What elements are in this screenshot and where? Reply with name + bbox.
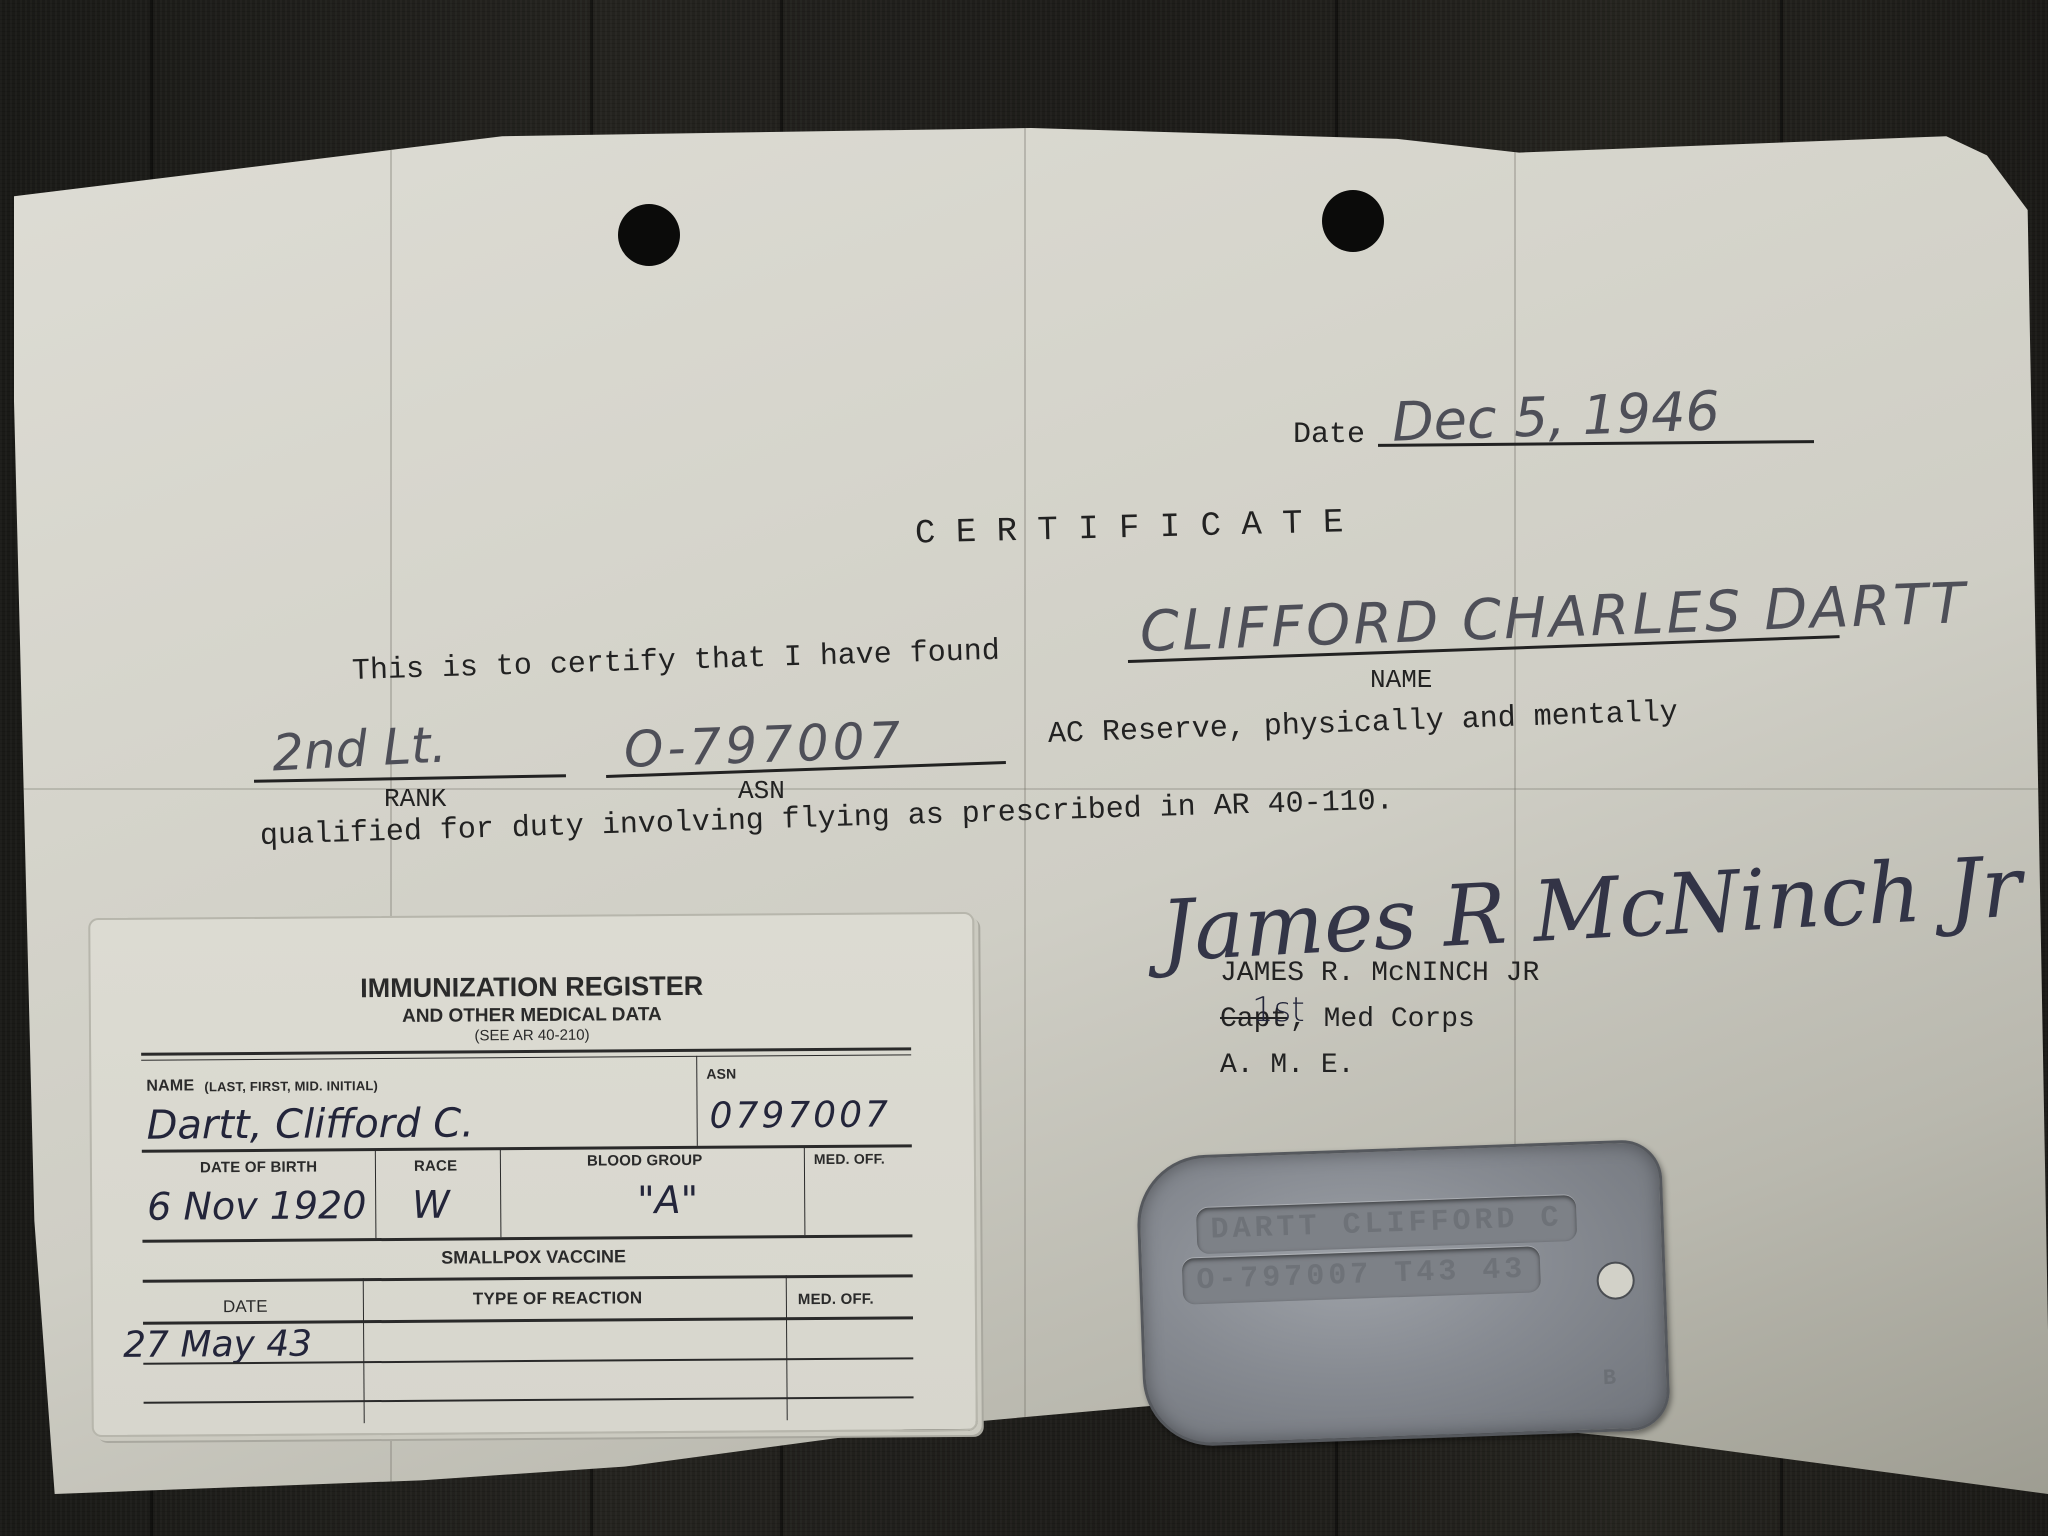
- card-divider: [500, 1149, 502, 1237]
- card-rule: [141, 1054, 911, 1060]
- card-asn-value: 0797007: [709, 1095, 891, 1137]
- smallpox-row-date: 27 May 43: [123, 1324, 312, 1366]
- fold-crease: [14, 788, 2048, 790]
- punch-hole: [1322, 190, 1384, 252]
- dog-tag-line-2: O-797007 T43 43: [1182, 1246, 1541, 1304]
- card-divider: [375, 1150, 377, 1238]
- blood-group-label: BLOOD GROUP: [587, 1152, 703, 1170]
- immunization-register-card: IMMUNIZATION REGISTER AND OTHER MEDICAL …: [88, 912, 978, 1437]
- name-label: NAME: [146, 1077, 194, 1095]
- signer-unit: , Med Corps: [1290, 1004, 1475, 1035]
- punch-hole: [618, 204, 680, 266]
- smallpox-section-title: SMALLPOX VACCINE: [93, 1244, 975, 1271]
- signer-name: JAMES R. McNINCH JR: [1220, 958, 1539, 989]
- card-name-value: Dartt, Clifford C.: [146, 1100, 474, 1148]
- dob-label: DATE OF BIRTH: [200, 1159, 317, 1177]
- dog-tag-corner-mark: B: [1602, 1366, 1616, 1391]
- card-title: IMMUNIZATION REGISTER: [91, 969, 973, 1006]
- date-label: Date: [1293, 418, 1365, 452]
- signer-title: A. M. E.: [1220, 1050, 1354, 1081]
- dog-tag: DARTT CLIFFORD C O-797007 T43 43 B: [1135, 1139, 1671, 1448]
- card-rule: [143, 1274, 913, 1282]
- name-label-hint: (LAST, FIRST, MID. INITIAL): [204, 1078, 378, 1094]
- card-divider: [804, 1147, 806, 1235]
- smallpox-date-header: DATE: [223, 1297, 268, 1317]
- dog-tag-line-1: DARTT CLIFFORD C: [1196, 1195, 1577, 1254]
- card-divider: [696, 1056, 698, 1146]
- dob-value: 6 Nov 1920: [147, 1183, 367, 1229]
- blood-group-value: "A": [637, 1178, 698, 1222]
- dog-tag-chain-hole: [1596, 1261, 1635, 1300]
- rank-caption: RANK: [384, 784, 446, 814]
- card-rule: [144, 1396, 914, 1403]
- race-label: RACE: [414, 1158, 457, 1175]
- race-value: W: [412, 1183, 450, 1227]
- smallpox-med-off-header: MED. OFF.: [798, 1291, 874, 1309]
- rank-value: 2nd Lt.: [271, 715, 448, 782]
- card-asn-label: ASN: [706, 1066, 736, 1082]
- smallpox-reaction-header: TYPE OF REACTION: [473, 1288, 643, 1309]
- med-off-label: MED. OFF.: [814, 1151, 885, 1167]
- asn-caption: ASN: [738, 776, 785, 806]
- card-rule: [142, 1234, 912, 1242]
- name-caption: NAME: [1370, 665, 1432, 695]
